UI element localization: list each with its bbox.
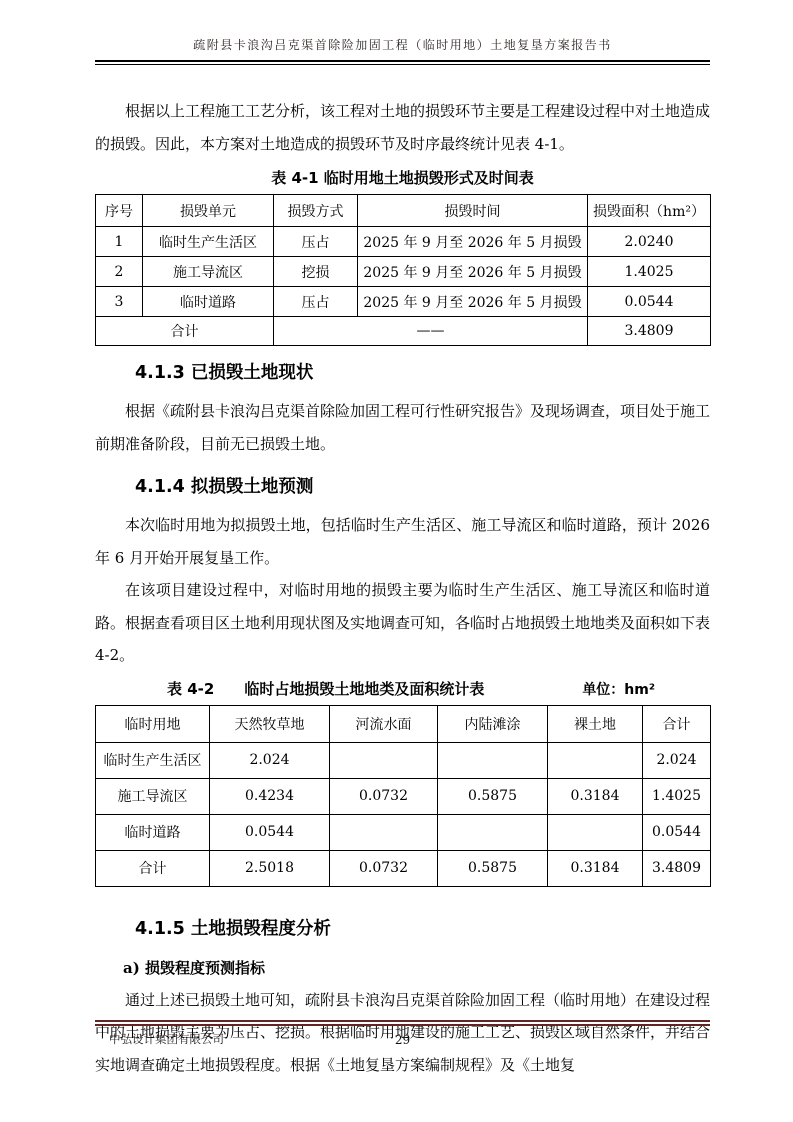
table-cell xyxy=(438,814,548,850)
table-row: 施工导流区0.42340.07320.58750.31841.4025 xyxy=(96,778,711,814)
table-row: 2施工导流区挖损2025 年 9 月至 2026 年 5 月损毁1.4025 xyxy=(96,257,711,287)
table-cell: 2.5018 xyxy=(210,850,330,886)
table-cell: 0.0732 xyxy=(330,778,438,814)
section-4-1-4-paragraph-2: 在该项目建设过程中，对临时用地的损毁主要为临时生产生活区、施工导流区和临时道路。… xyxy=(95,574,710,672)
table-header-cell: 损毁面积（hm²） xyxy=(588,195,711,227)
table-cell: 2.0240 xyxy=(588,227,711,257)
table-cell: 施工导流区 xyxy=(143,257,274,287)
table-4-1-total-row: 合计 —— 3.4809 xyxy=(96,317,711,346)
table-cell: 2025 年 9 月至 2026 年 5 月损毁 xyxy=(358,287,588,317)
table-cell: 0.0544 xyxy=(643,814,711,850)
spacer xyxy=(95,65,710,95)
table-row: 1临时生产生活区压占2025 年 9 月至 2026 年 5 月损毁2.0240 xyxy=(96,227,711,257)
table-cell: 挖损 xyxy=(274,257,358,287)
table-4-1-header-row: 序号损毁单元损毁方式损毁时间损毁面积（hm²） xyxy=(96,195,711,227)
table-cell xyxy=(548,742,643,778)
table-row: 合计2.50180.07320.58750.31843.4809 xyxy=(96,850,711,886)
table-4-2-caption-row: 表 4-2 临时占地损毁土地地类及面积统计表 单位：hm² xyxy=(95,678,710,699)
table-cell-total-label: 合计 xyxy=(96,317,274,346)
table-cell: 3 xyxy=(96,287,143,317)
table-header-cell: 河流水面 xyxy=(330,705,438,742)
section-4-1-3-paragraph: 根据《疏附县卡浪沟吕克渠首除险加固工程可行性研究报告》及现场调查，项目处于施工前… xyxy=(95,395,710,460)
table-cell: 临时道路 xyxy=(96,814,210,850)
table-cell-total-time: —— xyxy=(274,317,588,346)
table-cell: 临时生产生活区 xyxy=(143,227,274,257)
table-4-2: 临时用地天然牧草地河流水面内陆滩涂裸土地合计 临时生产生活区2.0242.024… xyxy=(95,705,711,887)
table-cell xyxy=(548,814,643,850)
table-cell xyxy=(438,742,548,778)
table-cell: 0.5875 xyxy=(438,850,548,886)
table-cell: 2025 年 9 月至 2026 年 5 月损毁 xyxy=(358,227,588,257)
table-4-2-caption: 表 4-2 临时占地损毁土地地类及面积统计表 xyxy=(167,678,484,699)
footer-rule xyxy=(95,1020,710,1026)
table-cell: 压占 xyxy=(274,287,358,317)
table-cell: 1.4025 xyxy=(588,257,711,287)
table-header-cell: 损毁单元 xyxy=(143,195,274,227)
table-4-1-body: 1临时生产生活区压占2025 年 9 月至 2026 年 5 月损毁2.0240… xyxy=(96,227,711,317)
sub-heading-a: a) 损毁程度预测指标 xyxy=(95,957,710,978)
table-cell: 2.024 xyxy=(210,742,330,778)
table-cell-total-area: 3.4809 xyxy=(588,317,711,346)
table-4-2-header-row: 临时用地天然牧草地河流水面内陆滩涂裸土地合计 xyxy=(96,705,711,742)
table-cell: 0.0544 xyxy=(210,814,330,850)
table-cell xyxy=(330,742,438,778)
table-cell: 3.4809 xyxy=(643,850,711,886)
table-cell: 0.0732 xyxy=(330,850,438,886)
intro-paragraph: 根据以上工程施工工艺分析，该工程对土地的损毁环节主要是工程建设过程中对土地造成的… xyxy=(95,95,710,160)
table-cell xyxy=(330,814,438,850)
table-header-cell: 序号 xyxy=(96,195,143,227)
table-4-1-caption: 表 4-1 临时用地土地损毁形式及时间表 xyxy=(95,167,710,188)
table-4-2-unit-label: 单位：hm² xyxy=(582,679,655,699)
footer-page-number: 29 xyxy=(95,1033,710,1047)
table-4-2-body: 临时生产生活区2.0242.024施工导流区0.42340.07320.5875… xyxy=(96,742,711,886)
document-footer: 中弘设计集团有限公司 29 xyxy=(95,1020,710,1049)
table-cell: 0.0544 xyxy=(588,287,711,317)
table-cell: 2 xyxy=(96,257,143,287)
section-heading-4-1-5: 4.1.5 土地损毁程度分析 xyxy=(95,915,710,940)
table-cell: 0.5875 xyxy=(438,778,548,814)
table-cell: 压占 xyxy=(274,227,358,257)
document-page: 疏附县卡浪沟吕克渠首除险加固工程（临时用地）土地复垦方案报告书 根据以上工程施工… xyxy=(0,0,793,1122)
table-cell: 0.4234 xyxy=(210,778,330,814)
section-4-1-4-paragraph-1: 本次临时用地为拟损毁土地，包括临时生产生活区、施工导流区和临时道路，预计 202… xyxy=(95,509,710,574)
footer-row: 中弘设计集团有限公司 29 xyxy=(95,1031,710,1049)
section-heading-4-1-3: 4.1.3 已损毁土地现状 xyxy=(95,359,710,384)
table-cell: 1 xyxy=(96,227,143,257)
table-cell: 施工导流区 xyxy=(96,778,210,814)
section-heading-4-1-4: 4.1.4 拟损毁土地预测 xyxy=(95,473,710,498)
table-cell: 2025 年 9 月至 2026 年 5 月损毁 xyxy=(358,257,588,287)
table-row: 临时生产生活区2.0242.024 xyxy=(96,742,711,778)
table-cell: 临时生产生活区 xyxy=(96,742,210,778)
table-row: 临时道路0.05440.0544 xyxy=(96,814,711,850)
table-header-cell: 内陆滩涂 xyxy=(438,705,548,742)
table-4-1: 序号损毁单元损毁方式损毁时间损毁面积（hm²） 1临时生产生活区压占2025 年… xyxy=(95,194,711,346)
header-title: 疏附县卡浪沟吕克渠首除险加固工程（临时用地）土地复垦方案报告书 xyxy=(95,36,710,60)
table-cell: 临时道路 xyxy=(143,287,274,317)
table-row: 3临时道路压占2025 年 9 月至 2026 年 5 月损毁0.0544 xyxy=(96,287,711,317)
table-cell: 0.3184 xyxy=(548,778,643,814)
table-cell: 2.024 xyxy=(643,742,711,778)
table-cell: 1.4025 xyxy=(643,778,711,814)
table-header-cell: 合计 xyxy=(643,705,711,742)
table-header-cell: 损毁方式 xyxy=(274,195,358,227)
table-header-cell: 裸土地 xyxy=(548,705,643,742)
table-header-cell: 损毁时间 xyxy=(358,195,588,227)
table-cell: 0.3184 xyxy=(548,850,643,886)
table-cell: 合计 xyxy=(96,850,210,886)
table-header-cell: 天然牧草地 xyxy=(210,705,330,742)
table-header-cell: 临时用地 xyxy=(96,705,210,742)
